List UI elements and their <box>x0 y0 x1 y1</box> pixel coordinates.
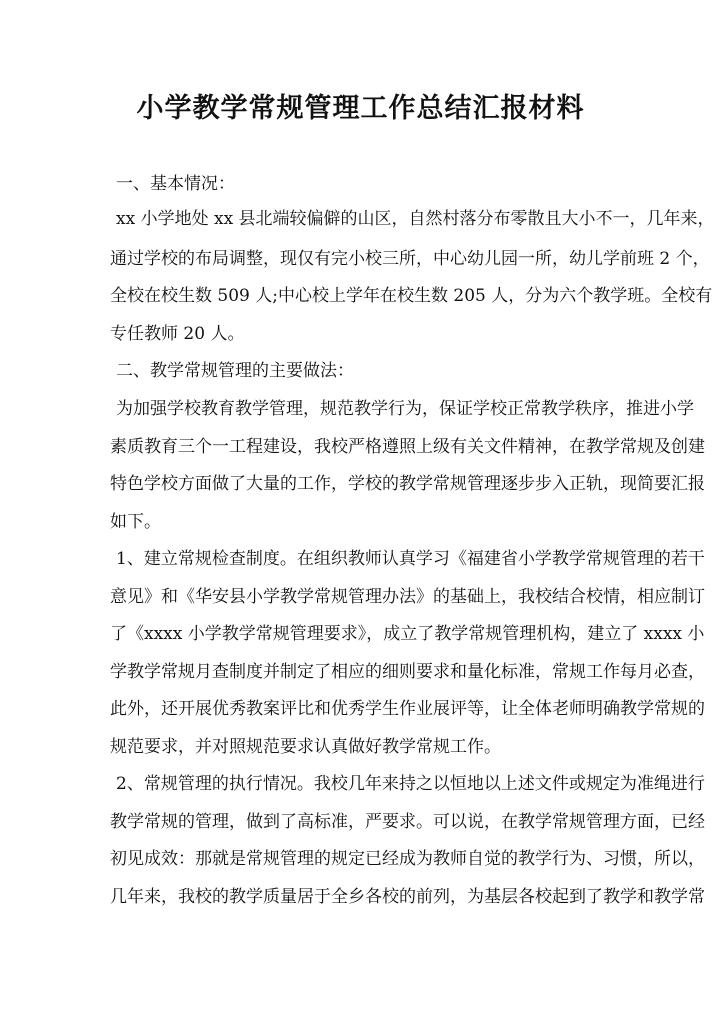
text-line: 规范要求，并对照规范要求认真做好教学常规工作。 <box>110 737 614 757</box>
text-line: 全校在校生数 509 人;中心校上学年在校生数 205 人，分为六个教学班。全校… <box>110 286 614 306</box>
text-line: 一、基本情况： <box>116 174 614 194</box>
text-line: 专任教师 20 人。 <box>110 324 614 344</box>
text-line: 了《xxxx 小学教学常规管理要求》，成立了教学常规管理机构，建立了 xxxx … <box>110 624 614 644</box>
text-line: 初见成效：那就是常规管理的规定已经成为教师自觉的教学行为、习惯，所以， <box>110 849 614 869</box>
text-line: 1、建立常规检查制度。在组织教师认真学习《福建省小学教学常规管理的若干 <box>116 549 614 569</box>
text-line: 几年来，我校的教学质量居于全乡各校的前列，为基层各校起到了教学和教学常 <box>110 887 614 907</box>
text-line: 二、教学常规管理的主要做法： <box>116 361 614 381</box>
text-line: 如下。 <box>110 512 614 532</box>
text-line: xx 小学地处 xx 县北端较偏僻的山区，自然村落分布零散且大小不一，几年来， <box>116 209 614 229</box>
text-line: 通过学校的布局调整，现仅有完小校三所，中心幼儿园一所，幼儿学前班 2 个， <box>110 249 614 269</box>
text-line: 学教学常规月查制度并制定了相应的细则要求和量化标准，常规工作每月必查， <box>110 662 614 682</box>
text-line: 意见》和《华安县小学教学常规管理办法》的基础上，我校结合校情，相应制订 <box>110 587 614 607</box>
text-line: 此外，还开展优秀教案评比和优秀学生作业展评等，让全体老师明确教学常规的 <box>110 699 614 719</box>
document-title: 小学教学常规管理工作总结汇报材料 <box>0 86 721 125</box>
text-line: 2、常规管理的执行情况。我校几年来持之以恒地以上述文件或规定为准绳进行 <box>116 774 614 794</box>
document-page: 小学教学常规管理工作总结汇报材料 一、基本情况：xx 小学地处 xx 县北端较偏… <box>0 0 721 1020</box>
text-line: 教学常规的管理，做到了高标准，严要求。可以说，在教学常规管理方面，已经 <box>110 812 614 832</box>
text-line: 为加强学校教育教学管理，规范教学行为，保证学校正常教学秩序，推进小学 <box>116 399 614 419</box>
text-line: 素质教育三个一工程建设，我校严格遵照上级有关文件精神，在教学常规及创建 <box>110 437 614 457</box>
text-line: 特色学校方面做了大量的工作，学校的教学常规管理逐步步入正轨，现简要汇报 <box>110 474 614 494</box>
